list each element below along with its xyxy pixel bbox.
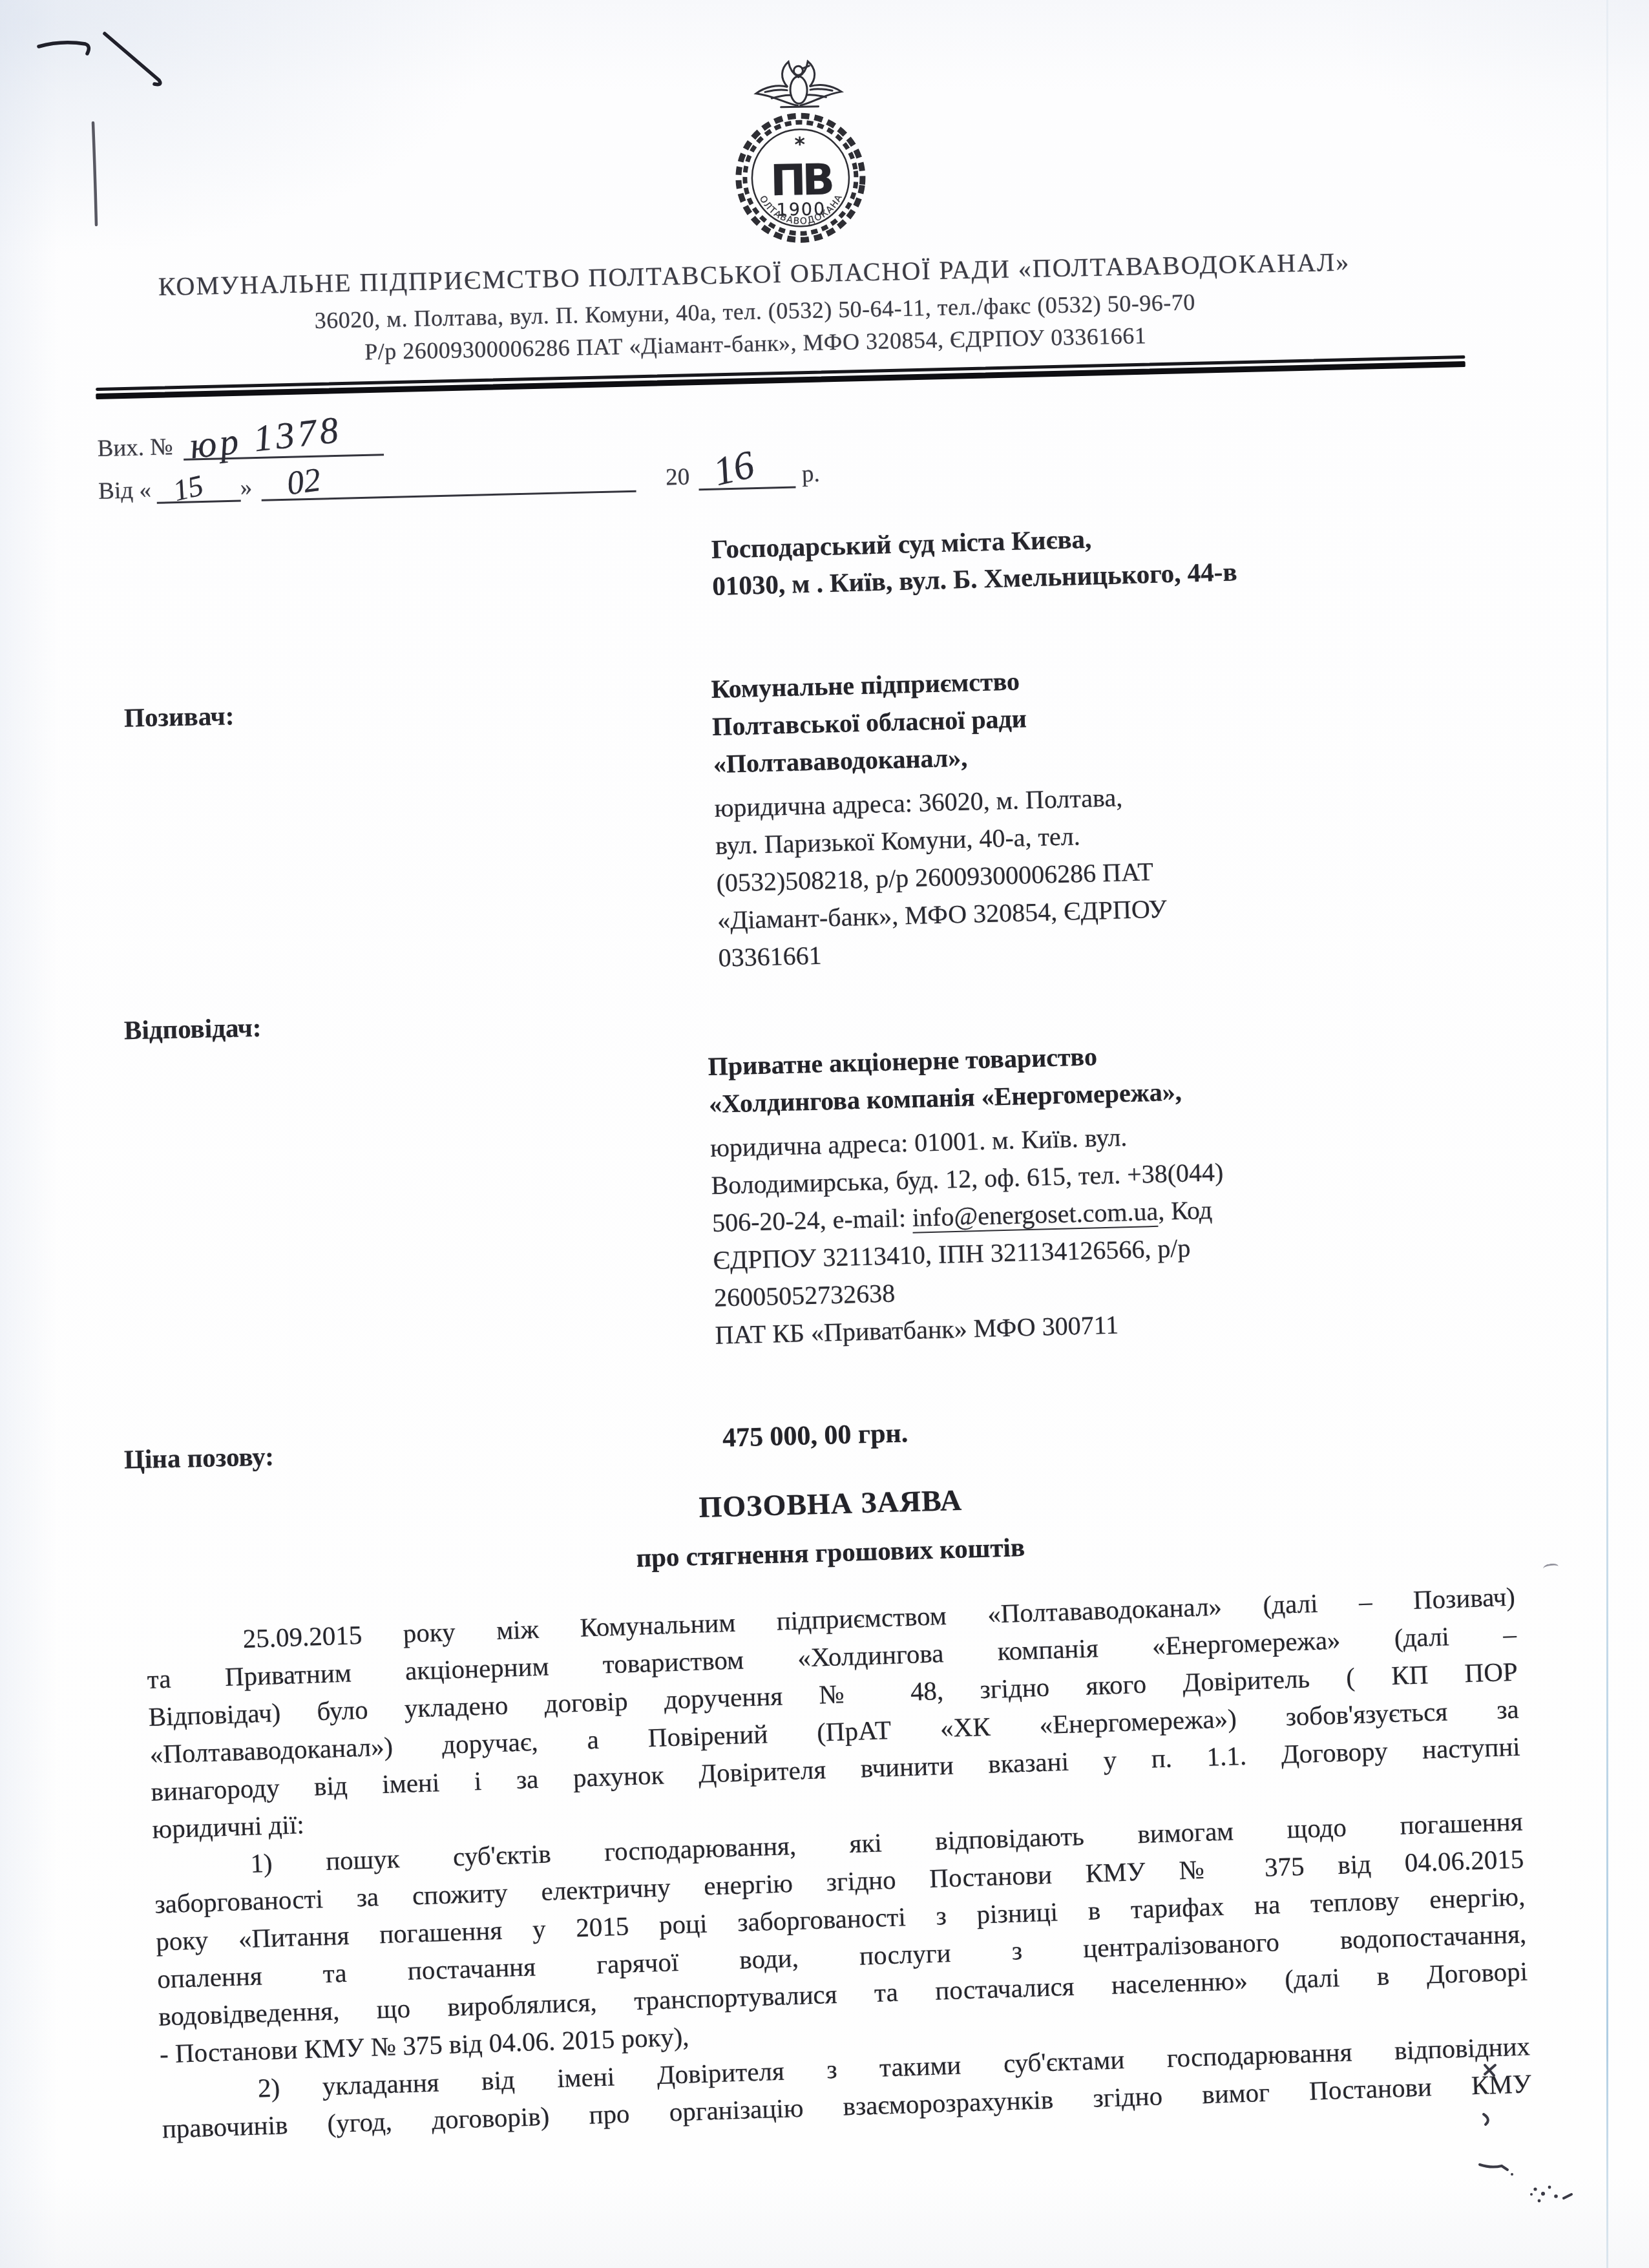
faint-pen-mark	[1542, 1562, 1559, 1572]
header-rule-thick-line	[96, 361, 1465, 399]
date-day-handwritten: 15	[169, 468, 206, 508]
plaintiff-label: Позивач:	[124, 700, 235, 733]
date-month-line: 02	[261, 459, 636, 501]
claim-price-value: 475 000, 00 грн.	[722, 1418, 908, 1454]
outgoing-number-handwritten-value: юр 1378	[187, 408, 343, 468]
scan-edge-line	[1606, 0, 1608, 2268]
court-address-block: Господарський суд міста Києва, 01030, м …	[711, 514, 1346, 605]
date-day-line: 15	[156, 469, 240, 504]
date-year-line: 16	[698, 456, 795, 491]
defendant-label: Відповідач:	[124, 1012, 262, 1045]
letterhead: ПВ 1900 ПОЛТАВАВОДОКАНАЛ КОМУНАЛЬНЕ ПІДП…	[97, 37, 1402, 65]
defendant-email-suffix: , Код	[1158, 1195, 1213, 1226]
scanned-document-page: ПВ 1900 ПОЛТАВАВОДОКАНАЛ КОМУНАЛЬНЕ ПІДП…	[0, 0, 1649, 2268]
date-year-prefix: 20	[666, 463, 690, 492]
defendant-details-block: Приватне акціонерне товариство «Холдинго…	[708, 1031, 1381, 1354]
reference-block: Вих. №юр 1378 Від «15»022016р.	[97, 408, 1003, 515]
outgoing-number-line: юр 1378	[183, 423, 384, 461]
pen-scribble-marks-icon	[26, 19, 194, 233]
date-label: Від «	[98, 476, 152, 505]
document-body: 25.09.2015 року між Комунальним підприєм…	[145, 1578, 1532, 2148]
outgoing-number-label: Вих. №	[97, 433, 173, 463]
date-quote-close: »	[240, 474, 253, 501]
emblem-monogram: ПВ	[770, 154, 832, 205]
claim-price-label: Ціна позову:	[124, 1441, 275, 1475]
defendant-email-prefix: 506-20-24, e-mail:	[711, 1203, 912, 1237]
defendant-email-address: info@energoset.com.ua	[912, 1197, 1159, 1234]
company-emblem-logo-icon: ПВ 1900 ПОЛТАВАВОДОКАНАЛ	[724, 48, 876, 253]
date-year-suffix: р.	[802, 460, 821, 488]
plaintiff-details-block: Комунальне підприємство Полтавської обла…	[711, 653, 1384, 977]
date-month-handwritten: 02	[285, 461, 323, 503]
ink-speck-marks-icon	[1473, 2055, 1648, 2216]
